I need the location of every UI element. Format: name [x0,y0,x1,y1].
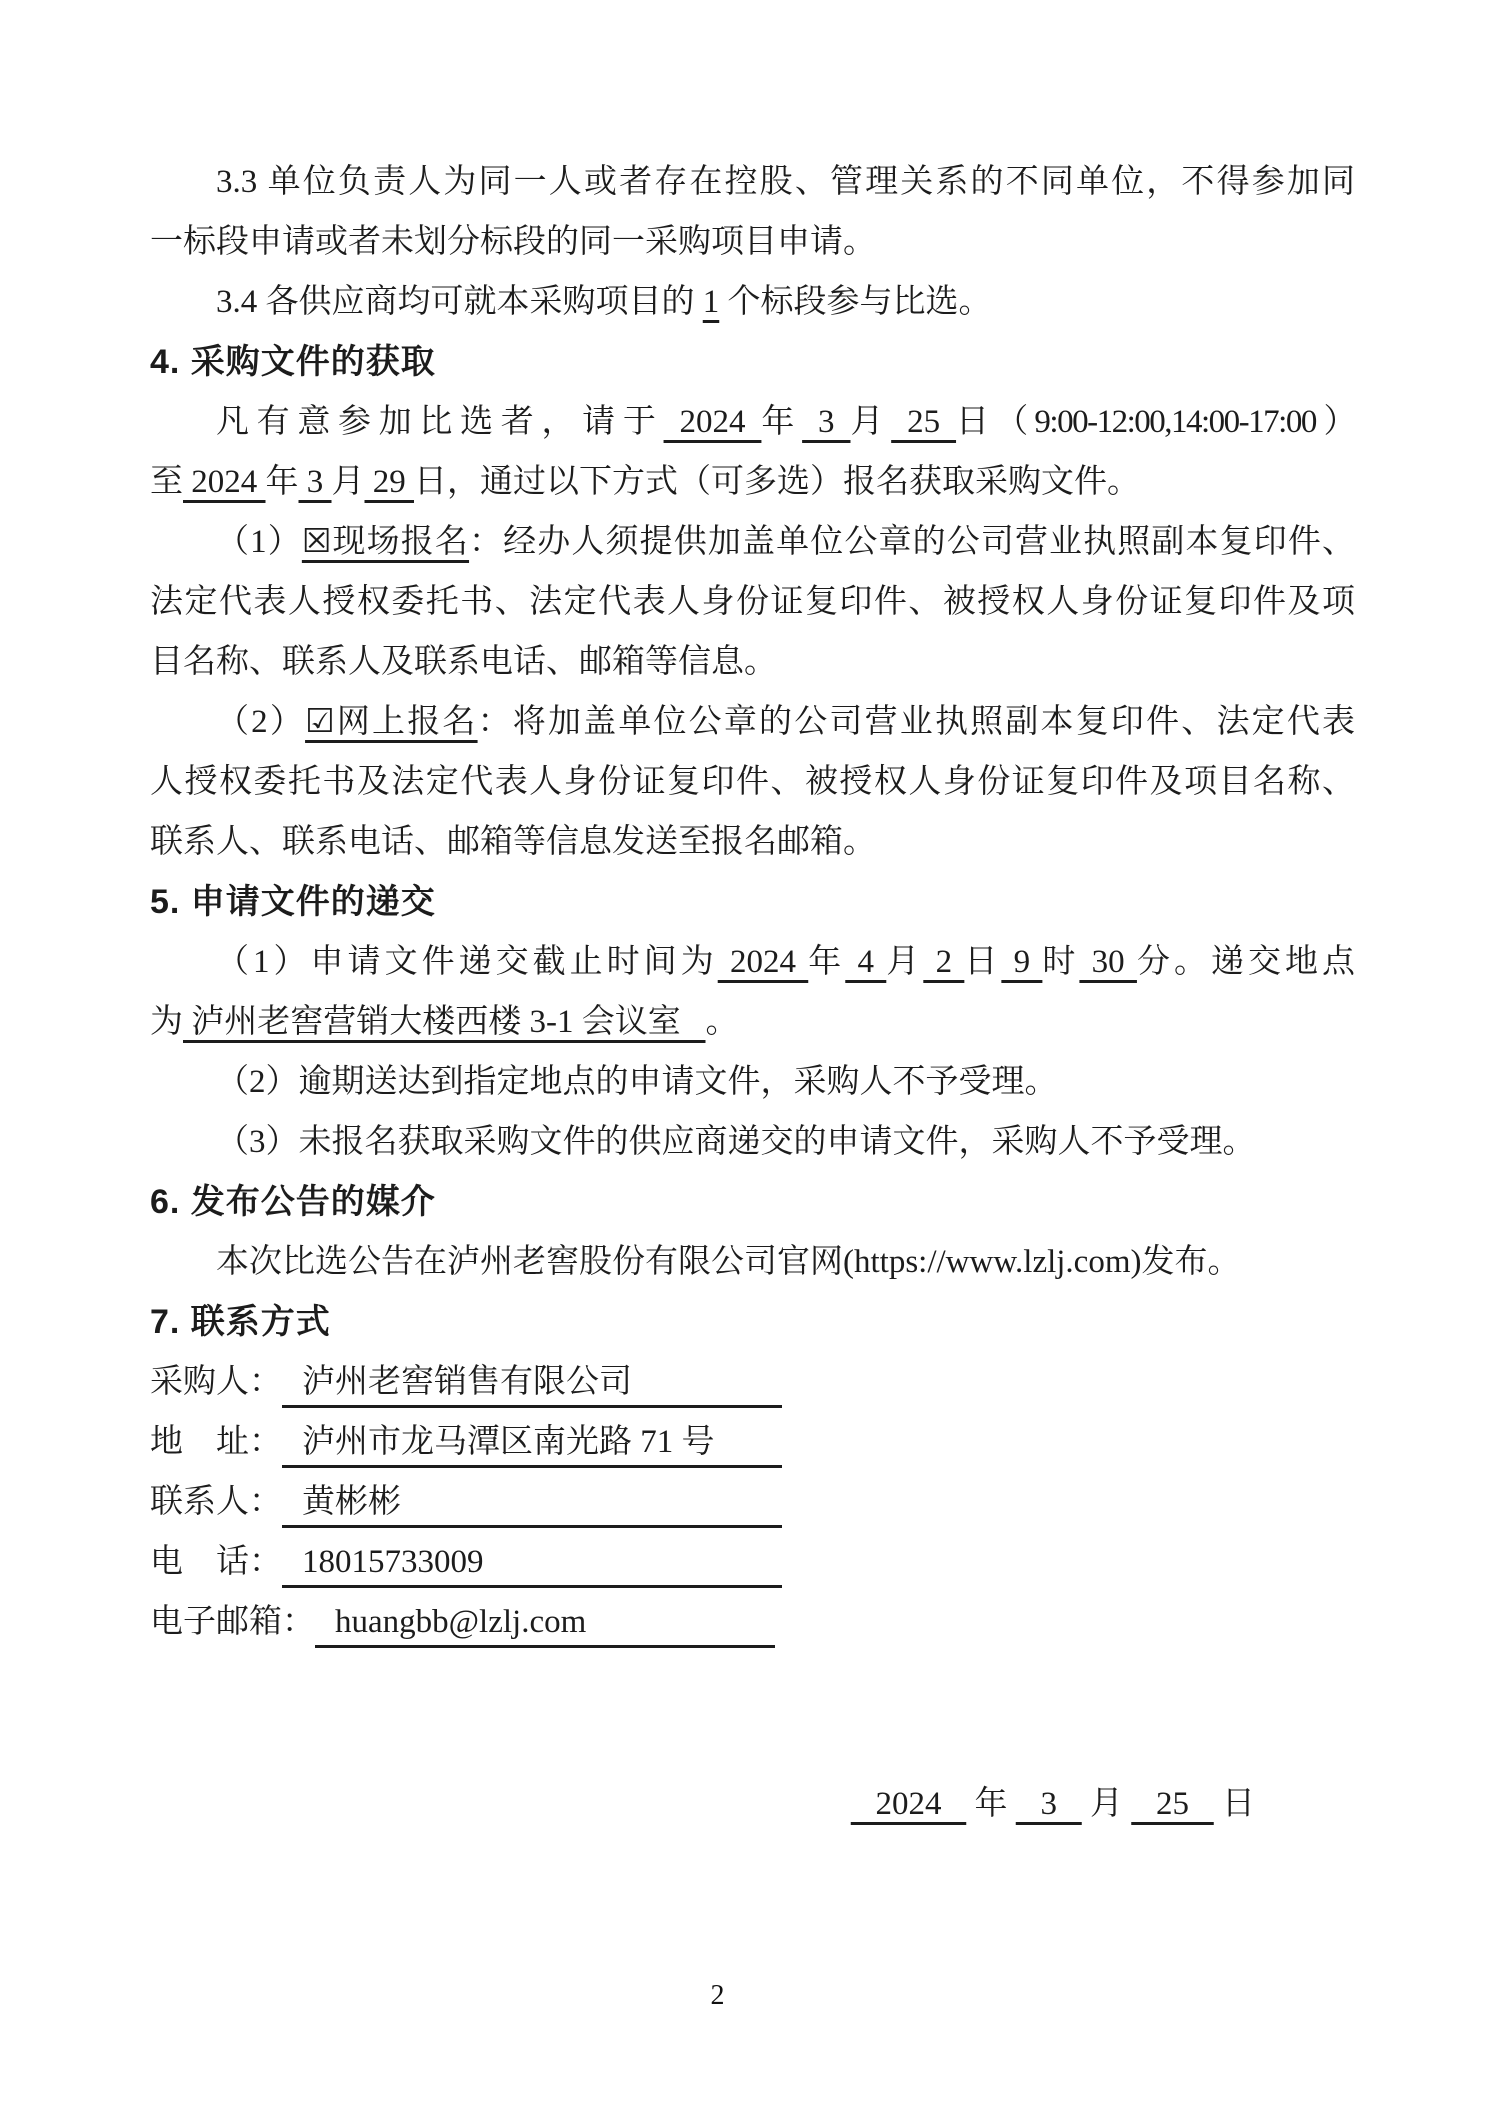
text-segment: 日（9:00-12:00,14:00-17:00） [956,404,1355,440]
text-segment: 7. 联系方式 [150,1303,331,1341]
page-number: 2 [0,1966,1435,2026]
document-page: 3.3 单位负责人为同一人或者存在控股、管理关系的不同单位，不得参加同一标段申请… [0,0,1500,2124]
text-segment: 月 [850,404,891,440]
text-segment: 至 [150,464,183,500]
phone-field-label: 电 话： [150,1532,282,1592]
section-5-heading: 5. 申请文件的递交 [150,872,1355,932]
text-segment: 日 [964,944,1001,980]
filled-blank: 30 [1079,944,1137,980]
filled-blank: 2024 [851,1786,967,1822]
filled-blank: 2024 [664,404,762,440]
purchaser-field-value: 泸州老窖销售有限公司 [282,1359,782,1408]
address-field-value: 泸州市龙马潭区南光路 71 号 [282,1419,782,1468]
text-segment: ：经办人须提供加盖单位公章的公司营业执照副本复印件、 [469,524,1355,560]
filled-blank: 3 [802,404,850,440]
document-obtain-line-1: 凡有意参加比选者，请于 2024 年 3 月 25 日（9:00-12:00,1… [150,392,1355,452]
text-segment: 联系人、联系电话、邮箱等信息发送至报名邮箱。 [150,824,876,860]
address-field: 地 址：泸州市龙马潭区南光路 71 号 [150,1412,1355,1472]
filled-blank: 泸州老窖营销大楼西楼 3-1 会议室 [183,1004,706,1040]
text-segment: 日，通过以下方式（可多选）报名获取采购文件。 [414,464,1140,500]
text-segment: 年 [761,404,802,440]
text-segment: 法定代表人授权委托书、法定代表人身份证复印件、被授权人身份证复印件及项 [150,584,1355,620]
text-segment: 人授权委托书及法定代表人身份证复印件、被授权人身份证复印件及项目名称、 [150,764,1355,800]
text-segment: 目名称、联系人及联系电话、邮箱等信息。 [150,644,777,680]
text-segment: （1）申请文件递交截止时间为 [216,944,718,980]
text-segment: 本次比选公告在泸州老窖股份有限公司官网(https://www.lzlj.com… [216,1244,1240,1280]
filled-blank: 4 [845,944,886,980]
registration-onsite-line-3: 目名称、联系人及联系电话、邮箱等信息。 [150,632,1355,692]
text-segment: （2） [216,704,305,740]
phone-field-value: 18015733009 [282,1539,782,1588]
text-segment: 一标段申请或者未划分标段的同一采购项目申请。 [150,224,876,260]
text-segment: 分。递交地点 [1137,944,1355,980]
submission-deadline-line-2: 为 泸州老窖营销大楼西楼 3-1 会议室 。 [150,992,1355,1052]
email-field: 电子邮箱：huangbb@lzlj.com [150,1592,1355,1652]
text-segment: 。 [706,1004,739,1040]
text-segment: 月 [332,464,365,500]
section-4-heading: 4. 采购文件的获取 [150,332,1355,392]
text-segment: 3.3 单位负责人为同一人或者存在控股、管理关系的不同单位，不得参加同 [216,164,1355,200]
contact-person-field-label: 联系人： [150,1472,282,1532]
filled-blank: ☒现场报名 [302,524,469,560]
filled-blank: 3 [1016,1786,1082,1822]
registration-online-line-3: 联系人、联系电话、邮箱等信息发送至报名邮箱。 [150,812,1355,872]
text-segment: 月 [1082,1786,1132,1822]
clause-3-3-line-1: 3.3 单位负责人为同一人或者存在控股、管理关系的不同单位，不得参加同 [150,152,1355,212]
filled-blank: 2024 [718,944,809,980]
late-submission-clause: （2）逾期送达到指定地点的申请文件，采购人不予受理。 [150,1052,1355,1112]
text-segment: 凡有意参加比选者，请于 [216,404,664,440]
clause-3-4: 3.4 各供应商均可就本采购项目的 1 个标段参与比选。 [150,272,1355,332]
filled-blank: 25 [891,404,956,440]
section-6-heading: 6. 发布公告的媒介 [150,1172,1355,1232]
document-obtain-line-2: 至 2024 年 3 月 29 日，通过以下方式（可多选）报名获取采购文件。 [150,452,1355,512]
filled-blank: 3 [299,464,332,500]
email-field-value: huangbb@lzlj.com [315,1599,775,1648]
announcement-media: 本次比选公告在泸州老窖股份有限公司官网(https://www.lzlj.com… [150,1232,1355,1292]
text-segment: （1） [216,524,302,560]
contact-person-field: 联系人：黄彬彬 [150,1472,1355,1532]
submission-deadline-line-1: （1）申请文件递交截止时间为 2024 年 4 月 2 日 9 时 30 分。递… [150,932,1355,992]
text-segment: 时 [1042,944,1079,980]
filled-blank: 2024 [183,464,266,500]
registration-online-line-1: （2）☑网上报名：将加盖单位公章的公司营业执照副本复印件、法定代表 [150,692,1355,752]
text-segment: 月 [886,944,923,980]
text-segment: 年 [808,944,845,980]
filled-blank: 25 [1131,1786,1214,1822]
clause-3-3-line-2: 一标段申请或者未划分标段的同一采购项目申请。 [150,212,1355,272]
text-segment: 4. 采购文件的获取 [150,343,436,381]
filled-blank: 9 [1001,944,1042,980]
signature-date: 2024 年 3 月 25 日 [150,1774,1355,1834]
purchaser-field-label: 采购人： [150,1352,282,1412]
document-body: 3.3 单位负责人为同一人或者存在控股、管理关系的不同单位，不得参加同一标段申请… [150,152,1355,1834]
text-segment: 为 [150,1004,183,1040]
text-segment: 个标段参与比选。 [719,284,991,320]
section-7-heading: 7. 联系方式 [150,1292,1355,1352]
text-segment: ：将加盖单位公章的公司营业执照副本复印件、法定代表 [478,704,1355,740]
text-segment: 年 [966,1786,1016,1822]
text-segment: 年 [266,464,299,500]
email-field-label: 电子邮箱： [150,1592,315,1652]
phone-field: 电 话：18015733009 [150,1532,1355,1592]
text-segment: （3）未报名获取采购文件的供应商递交的申请文件，采购人不予受理。 [216,1124,1256,1160]
filled-blank: ☑网上报名 [305,704,478,740]
text-segment: 3.4 各供应商均可就本采购项目的 [216,284,703,320]
filled-blank: 29 [365,464,415,500]
text-segment: （2）逾期送达到指定地点的申请文件，采购人不予受理。 [216,1064,1058,1100]
registration-onsite-line-1: （1）☒现场报名：经办人须提供加盖单位公章的公司营业执照副本复印件、 [150,512,1355,572]
address-field-label: 地 址： [150,1412,282,1472]
purchaser-field: 采购人：泸州老窖销售有限公司 [150,1352,1355,1412]
registration-online-line-2: 人授权委托书及法定代表人身份证复印件、被授权人身份证复印件及项目名称、 [150,752,1355,812]
text-segment: 6. 发布公告的媒介 [150,1183,436,1221]
filled-blank: 2 [923,944,964,980]
registration-onsite-line-2: 法定代表人授权委托书、法定代表人身份证复印件、被授权人身份证复印件及项 [150,572,1355,632]
text-segment: 日 [1214,1786,1255,1822]
filled-blank: 1 [703,284,720,320]
contact-person-field-value: 黄彬彬 [282,1479,782,1528]
text-segment: 5. 申请文件的递交 [150,883,436,921]
unregistered-supplier-clause: （3）未报名获取采购文件的供应商递交的申请文件，采购人不予受理。 [150,1112,1355,1172]
